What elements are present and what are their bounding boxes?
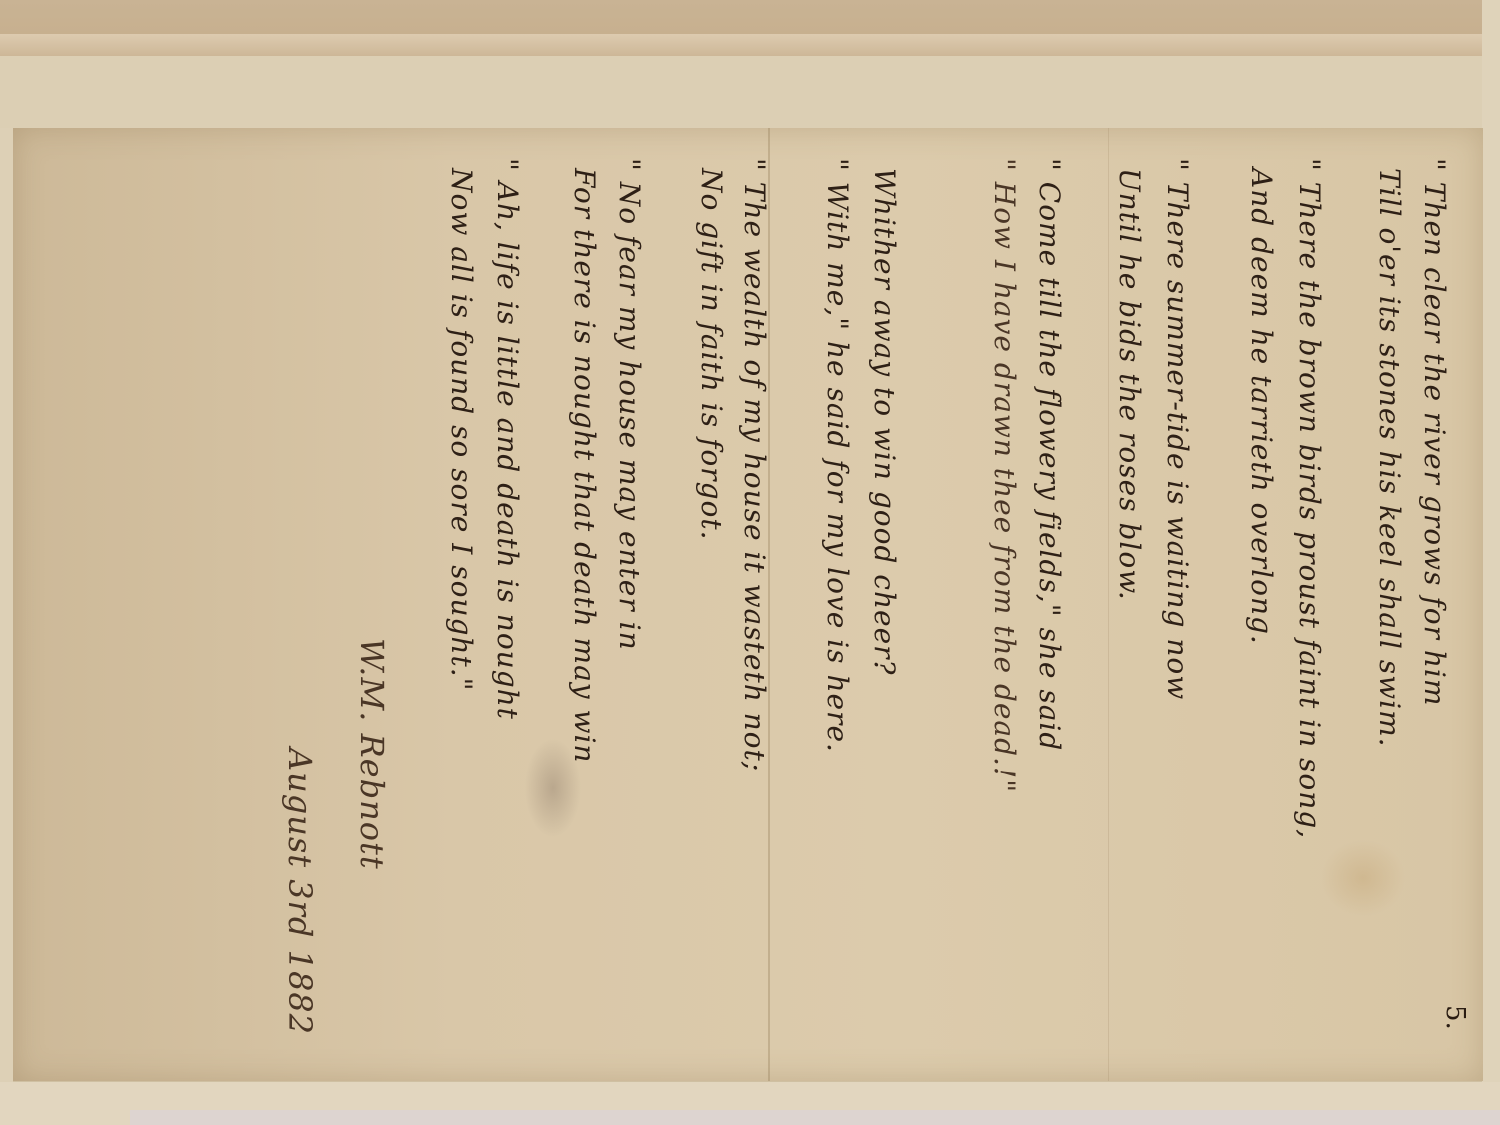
page-number: 5. bbox=[1440, 1005, 1470, 1030]
stanza-8-line-1: " Ah, life is little and death is nought bbox=[491, 158, 524, 720]
stanza-2-line-1: " There the brown birds proust faint in … bbox=[1293, 158, 1326, 839]
stanza-4-line-1: " Come till the flowery fields," she sai… bbox=[1033, 158, 1066, 751]
mount-band bbox=[0, 56, 1500, 129]
stanza-8-line-2: Now all is found so sore I sought." bbox=[445, 168, 478, 691]
stanza-1-line-1: " Then clear the river grows for him bbox=[1418, 158, 1451, 706]
mount-left-border bbox=[0, 128, 13, 1088]
stanza-6-line-2: No gift in faith is forgot. bbox=[695, 168, 728, 541]
manuscript-page: " Then clear the river grows for him Til… bbox=[13, 128, 1483, 1081]
stanza-5-line-1: Whither away to win good cheer? bbox=[868, 168, 901, 676]
stanza-7-line-1: " No fear my house may enter in bbox=[613, 158, 646, 651]
stanza-6-line-1: " The wealth of my house it wasteth not; bbox=[738, 158, 771, 772]
stanza-7-line-2: For there is nought that death may win bbox=[568, 168, 601, 763]
adjacent-sheet-fold bbox=[0, 34, 1482, 56]
stanza-4-line-2: " How I have drawn thee from the dead.!" bbox=[988, 158, 1021, 793]
secondary-fold-line bbox=[1108, 128, 1109, 1081]
stanza-2-line-2: And deem he tarrieth overlong. bbox=[1245, 168, 1278, 645]
stanza-3-line-2: Until he bids the roses blow. bbox=[1113, 168, 1146, 601]
signature: W.M. Rebnott bbox=[353, 638, 391, 870]
stanza-1-line-2: Till o'er its stones his keel shall swim… bbox=[1373, 168, 1406, 748]
date: August 3rd 1882 bbox=[281, 748, 319, 1035]
mount-right-border bbox=[1482, 0, 1500, 1125]
mount-bottom-edge bbox=[130, 1110, 1500, 1125]
adjacent-sheet-edge bbox=[0, 0, 1482, 35]
stanza-5-line-2: " With me," he said for my love is here. bbox=[821, 158, 854, 753]
stanza-3-line-1: " There summer-tide is waiting now bbox=[1161, 158, 1194, 700]
